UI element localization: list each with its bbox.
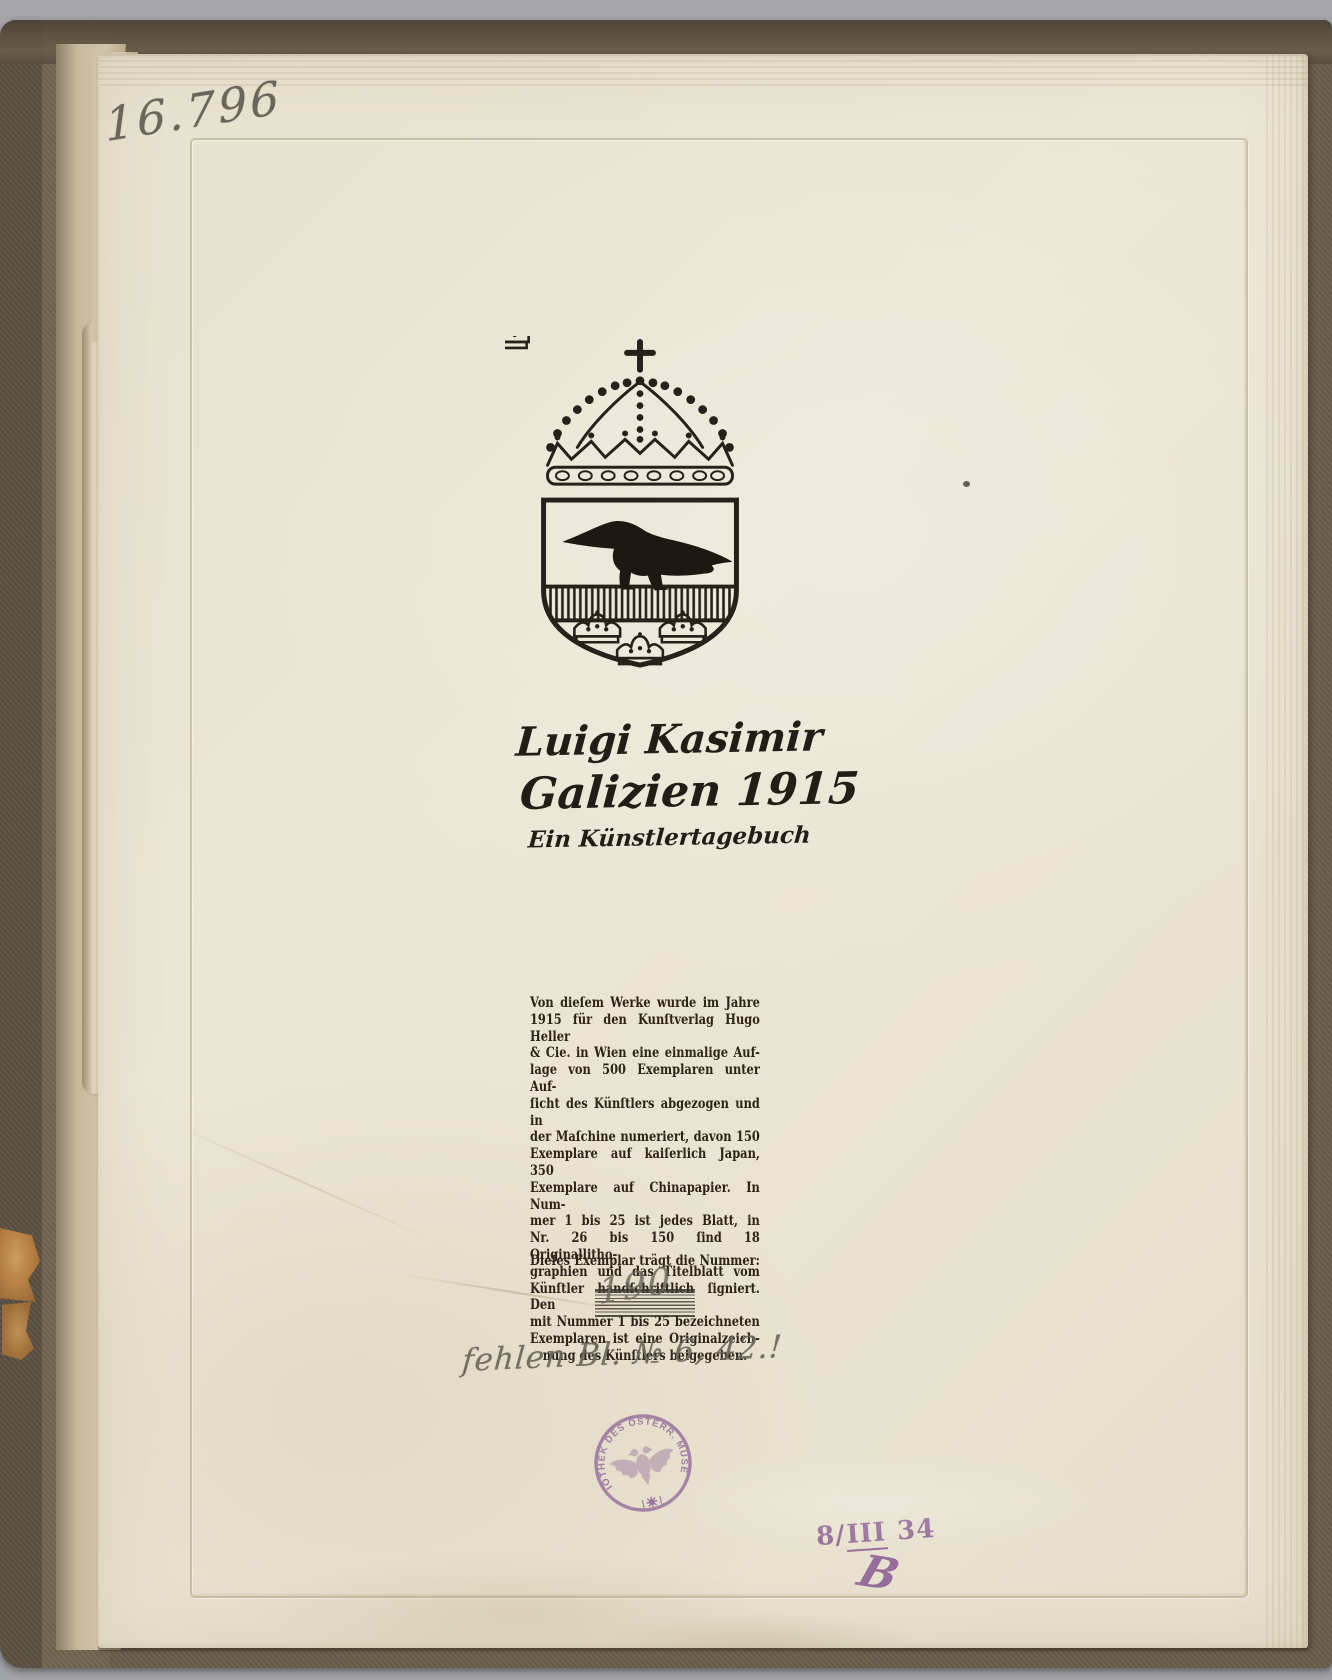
scanned-book-page: 16.796 bbox=[0, 0, 1332, 1680]
artist-signature: Luigi Kasimir bbox=[514, 713, 824, 765]
jackdaw-icon bbox=[562, 521, 732, 590]
paper-smudge bbox=[640, 1452, 1110, 1552]
work-subtitle-handwritten: Ein Künstlertagebuch bbox=[527, 822, 812, 854]
galicia-coat-of-arms-icon bbox=[505, 336, 775, 684]
cross-icon bbox=[627, 342, 653, 370]
shield-outline bbox=[544, 500, 737, 665]
crown-icon bbox=[546, 376, 734, 451]
book-page bbox=[98, 54, 1308, 1648]
paper-stain bbox=[600, 1612, 920, 1672]
small-crown-icon bbox=[505, 336, 529, 348]
fess-band bbox=[542, 587, 739, 621]
work-title-handwritten: Galizien 1915 bbox=[518, 763, 861, 820]
page-stack-right-edge bbox=[1266, 54, 1308, 1648]
ink-fleck bbox=[963, 481, 970, 487]
